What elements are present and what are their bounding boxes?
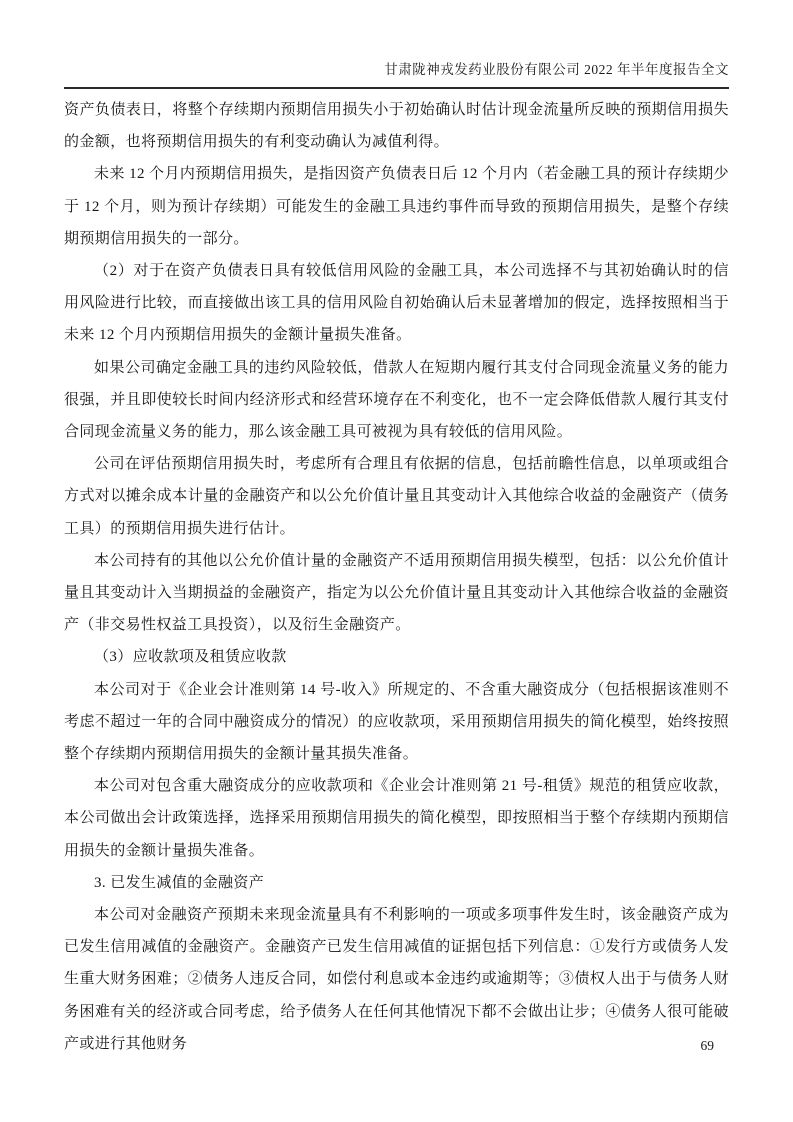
paragraph: 未来 12 个月内预期信用损失，是指因资产负债表日后 12 个月内（若金融工具的… — [64, 158, 729, 255]
page-body: 资产负债表日，将整个存续期内预期信用损失小于初始确认时估计现金流量所反映的预期信… — [64, 94, 729, 1060]
document-page: 甘肃陇神戎发药业股份有限公司 2022 年半年度报告全文 资产负债表日，将整个存… — [0, 0, 793, 1122]
paragraph: 资产负债表日，将整个存续期内预期信用损失小于初始确认时估计现金流量所反映的预期信… — [64, 94, 729, 158]
paragraph: 本公司持有的其他以公允价值计量的金融资产不适用预期信用损失模型，包括：以公允价值… — [64, 545, 729, 642]
paragraph: 本公司对于《企业会计准则第 14 号-收入》所规定的、不含重大融资成分（包括根据… — [64, 674, 729, 771]
paragraph: 本公司对包含重大融资成分的应收款项和《企业会计准则第 21 号-租赁》规范的租赁… — [64, 770, 729, 867]
report-header-title: 甘肃陇神戎发药业股份有限公司 2022 年半年度报告全文 — [384, 62, 729, 77]
paragraph-subheading: 3. 已发生减值的金融资产 — [64, 867, 729, 899]
paragraph: 如果公司确定金融工具的违约风险较低，借款人在短期内履行其支付合同现金流量义务的能… — [64, 352, 729, 449]
paragraph: （2）对于在资产负债表日具有较低信用风险的金融工具，本公司选择不与其初始确认时的… — [64, 255, 729, 352]
paragraph: 公司在评估预期信用损失时，考虑所有合理且有依据的信息，包括前瞻性信息，以单项或组… — [64, 448, 729, 545]
paragraph-subheading: （3）应收款项及租赁应收款 — [64, 641, 729, 673]
page-number: 69 — [64, 1038, 714, 1054]
paragraph: 本公司对金融资产预期未来现金流量具有不利影响的一项或多项事件发生时，该金融资产成… — [64, 899, 729, 1060]
report-header: 甘肃陇神戎发药业股份有限公司 2022 年半年度报告全文 — [64, 58, 729, 89]
